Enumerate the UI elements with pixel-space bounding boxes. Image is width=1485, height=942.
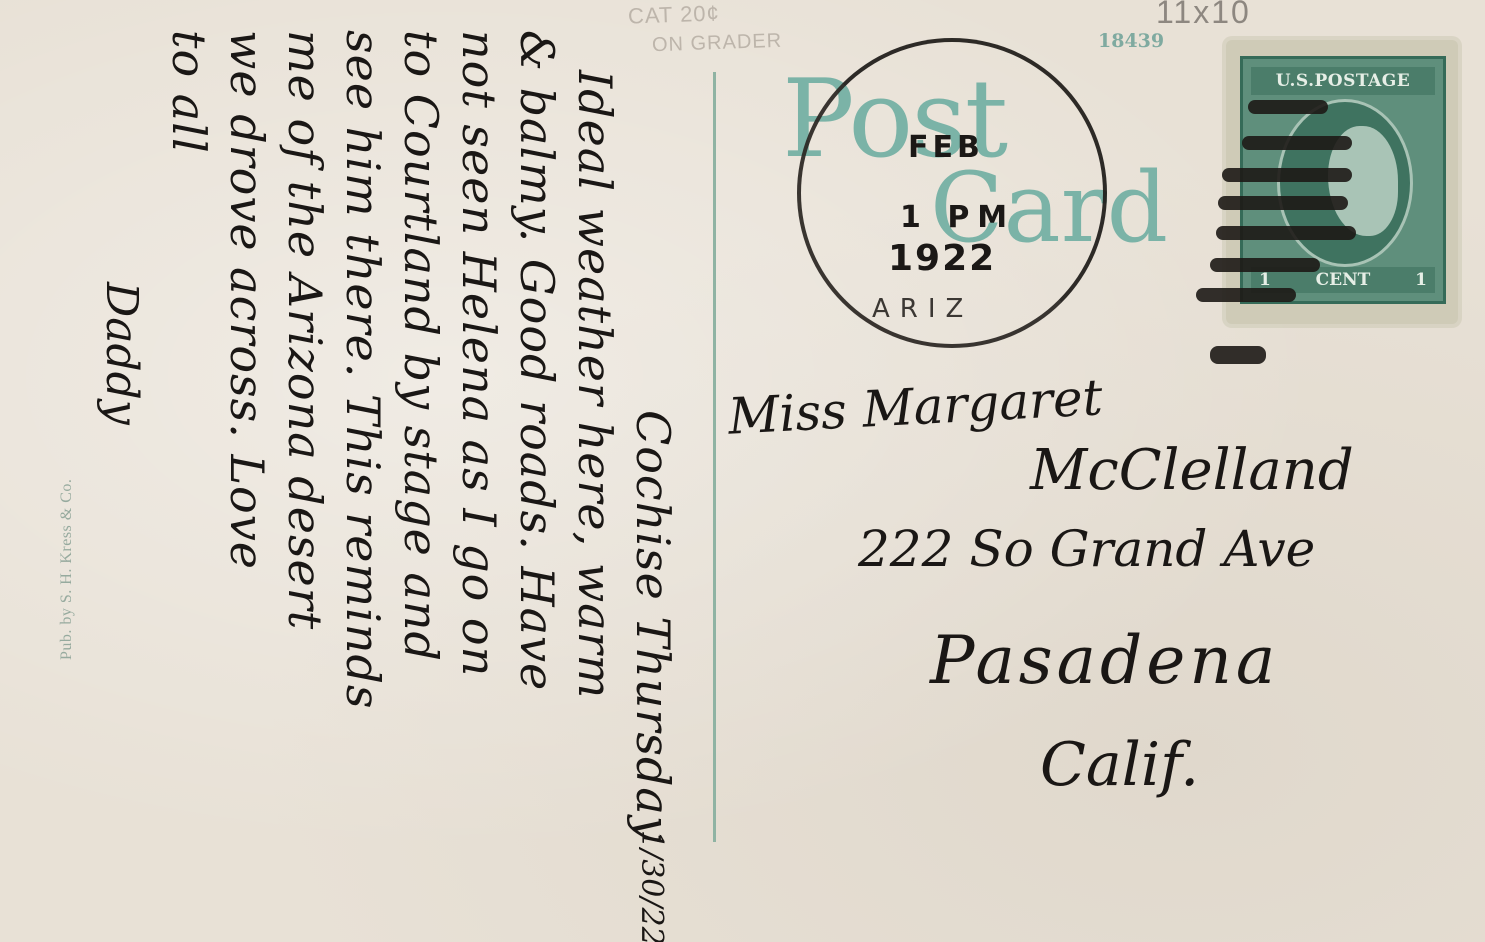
message-line: to all xyxy=(160,30,218,930)
message-line: Ideal weather here, warm xyxy=(566,30,624,930)
postmark-state: ARIZ xyxy=(872,294,973,324)
address-recipient-last: McClelland xyxy=(1030,438,1354,503)
cancellation-bar xyxy=(1242,136,1352,150)
cancellation-bar xyxy=(1216,226,1356,240)
center-divider-line xyxy=(713,72,716,842)
cancellation-bar xyxy=(1196,288,1296,302)
signature: Daddy xyxy=(96,282,147,425)
stamp-denomination-right: 1 xyxy=(1415,270,1427,290)
stamp-portrait-oval xyxy=(1277,99,1413,267)
message-line: Cochise Thursday xyxy=(624,30,682,930)
address-city: Pasadena xyxy=(930,622,1279,699)
postmark-month: FEB xyxy=(908,130,984,165)
stamp-denomination-text: CENT xyxy=(1316,270,1371,290)
message-date: 1/30/22 xyxy=(634,830,669,942)
stamp-denomination-left: 1 xyxy=(1259,270,1271,290)
cancellation-bar xyxy=(1210,258,1320,272)
pencil-size-note: 11x10 xyxy=(1156,0,1251,31)
handwritten-message: Cochise Thursday Ideal weather here, war… xyxy=(160,30,682,930)
cancellation-bar xyxy=(1210,346,1266,364)
postcard-back: CAT 20¢ ON GRADER 11x10 18439 Post Card … xyxy=(0,0,1485,942)
postmark-time: 1 PM xyxy=(900,200,1015,235)
cancellation-bar xyxy=(1222,168,1352,182)
message-line: to Courtland by stage and xyxy=(392,30,450,930)
message-line: we drove across. Love xyxy=(218,30,276,930)
address-recipient-first: Miss Margaret xyxy=(727,368,1104,446)
address-state: Calif. xyxy=(1040,730,1199,800)
stamp-header: U.S.POSTAGE xyxy=(1251,67,1435,95)
message-line: see him there. This reminds xyxy=(334,30,392,930)
message-line: not seen Helena as I go on xyxy=(450,30,508,930)
postmark-year: 1922 xyxy=(888,238,996,279)
cancellation-bar xyxy=(1218,196,1348,210)
publisher-imprint: Pub. by S. H. Kress & Co. xyxy=(58,330,76,660)
message-line: & balmy. Good roads. Have xyxy=(508,30,566,930)
address-street: 222 So Grand Ave xyxy=(858,520,1315,578)
cancellation-bar xyxy=(1248,100,1328,114)
message-line: me of the Arizona desert xyxy=(276,30,334,930)
pencil-catalog-note: CAT 20¢ xyxy=(628,0,721,29)
serial-number: 18439 xyxy=(1098,30,1164,52)
